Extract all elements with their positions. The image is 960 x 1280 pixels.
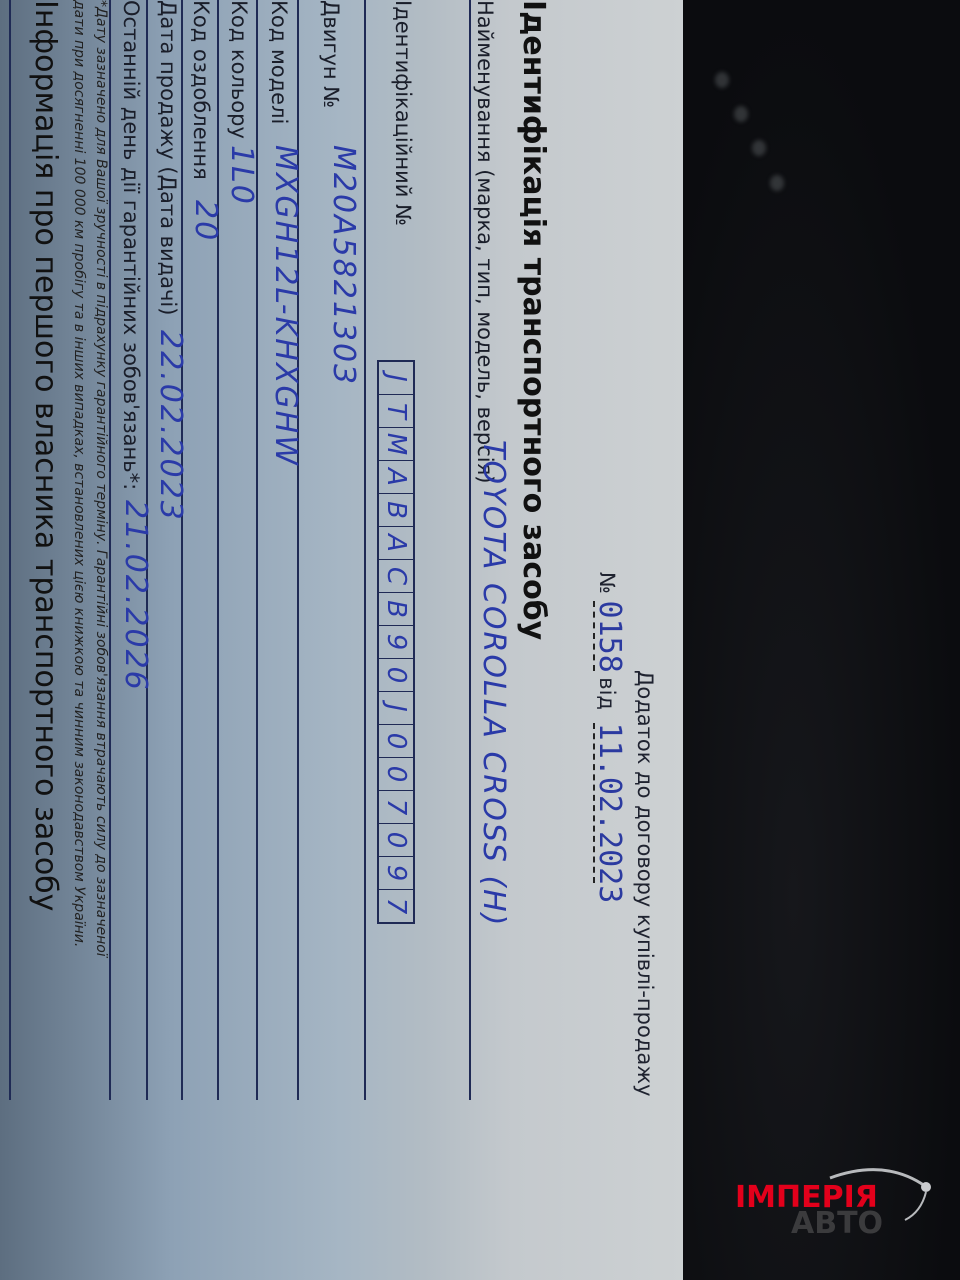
field-label: Останній день дії гарантійних зобов'язан… [119, 0, 143, 490]
divider [9, 0, 11, 1100]
dark-background [683, 0, 960, 1280]
vin-grid: JTMABACB90J007097 [377, 360, 415, 924]
field-label: Двигун № [319, 0, 343, 108]
field-value-trim-code: 20 [188, 200, 223, 242]
field-label: Найменування (марка, тип, модель, версія… [473, 0, 497, 483]
rotated-page: Додаток до договору купівлі-продажу № 01… [0, 0, 683, 1280]
field-value-warranty-end: 21.02.2026 [118, 500, 153, 692]
vin-cell: A [379, 461, 413, 494]
appendix-number-line: № 0158 від 11.02.2023 [593, 572, 623, 883]
vin-cell: M [379, 428, 413, 461]
contract-date: 11.02.2023 [593, 723, 623, 883]
document-sheet: Додаток до договору купівлі-продажу № 01… [0, 0, 683, 1280]
vin-cell: 7 [379, 890, 413, 922]
vin-cell: 0 [379, 725, 413, 758]
field-label: Дата продажу (Дата видачі) [156, 0, 180, 315]
imperia-avto-logo: ІМПЕРІЯ АВТО [735, 1160, 935, 1250]
footnote-line-2: дати при досягненні 100 000 км пробігу т… [71, 0, 87, 947]
field-value-name: TOYOTA COROLLA CROSS (H) [476, 440, 511, 927]
field-label: Код кольору [227, 0, 251, 139]
vin-cell: A [379, 527, 413, 560]
vin-cell: 9 [379, 626, 413, 659]
vin-cell: 0 [379, 659, 413, 692]
vin-cell: 0 [379, 824, 413, 857]
section-title: Ідентифікація транспортного засобу [516, 0, 551, 640]
footnote-line-1: *Дату зазначено для Вашої зручності в пі… [93, 0, 109, 957]
owner-section-title: Інформація про першого власника транспор… [28, 0, 63, 911]
field-label: Ідентифікаційний № [391, 0, 415, 226]
field-value-sale-date: 22.02.2023 [153, 330, 188, 522]
vin-cell: B [379, 494, 413, 527]
date-label: від [595, 677, 619, 710]
vin-cell: C [379, 560, 413, 593]
number-label: № [595, 572, 619, 594]
vin-cell: J [379, 362, 413, 395]
vin-cell: J [379, 692, 413, 725]
vin-cell: 7 [379, 791, 413, 824]
field-value-model-code: MXGH12L-KHXGHW [268, 145, 303, 467]
field-label: Код моделі [267, 0, 291, 124]
field-value-engine: M20A582130З [326, 145, 361, 385]
vin-cell: B [379, 593, 413, 626]
logo-text-avto: АВТО [791, 1206, 883, 1241]
vin-cell: 9 [379, 857, 413, 890]
field-name: Найменування (марка, тип, модель, версія… [401, 0, 497, 440]
vin-cell: T [379, 395, 413, 428]
field-label: Код оздоблення [189, 0, 213, 180]
vin-cell: 0 [379, 758, 413, 791]
contract-number: 0158 [593, 601, 623, 671]
field-value-color-code: 1L0 [224, 145, 259, 206]
appendix-title: Додаток до договору купівлі-продажу [633, 670, 657, 1097]
